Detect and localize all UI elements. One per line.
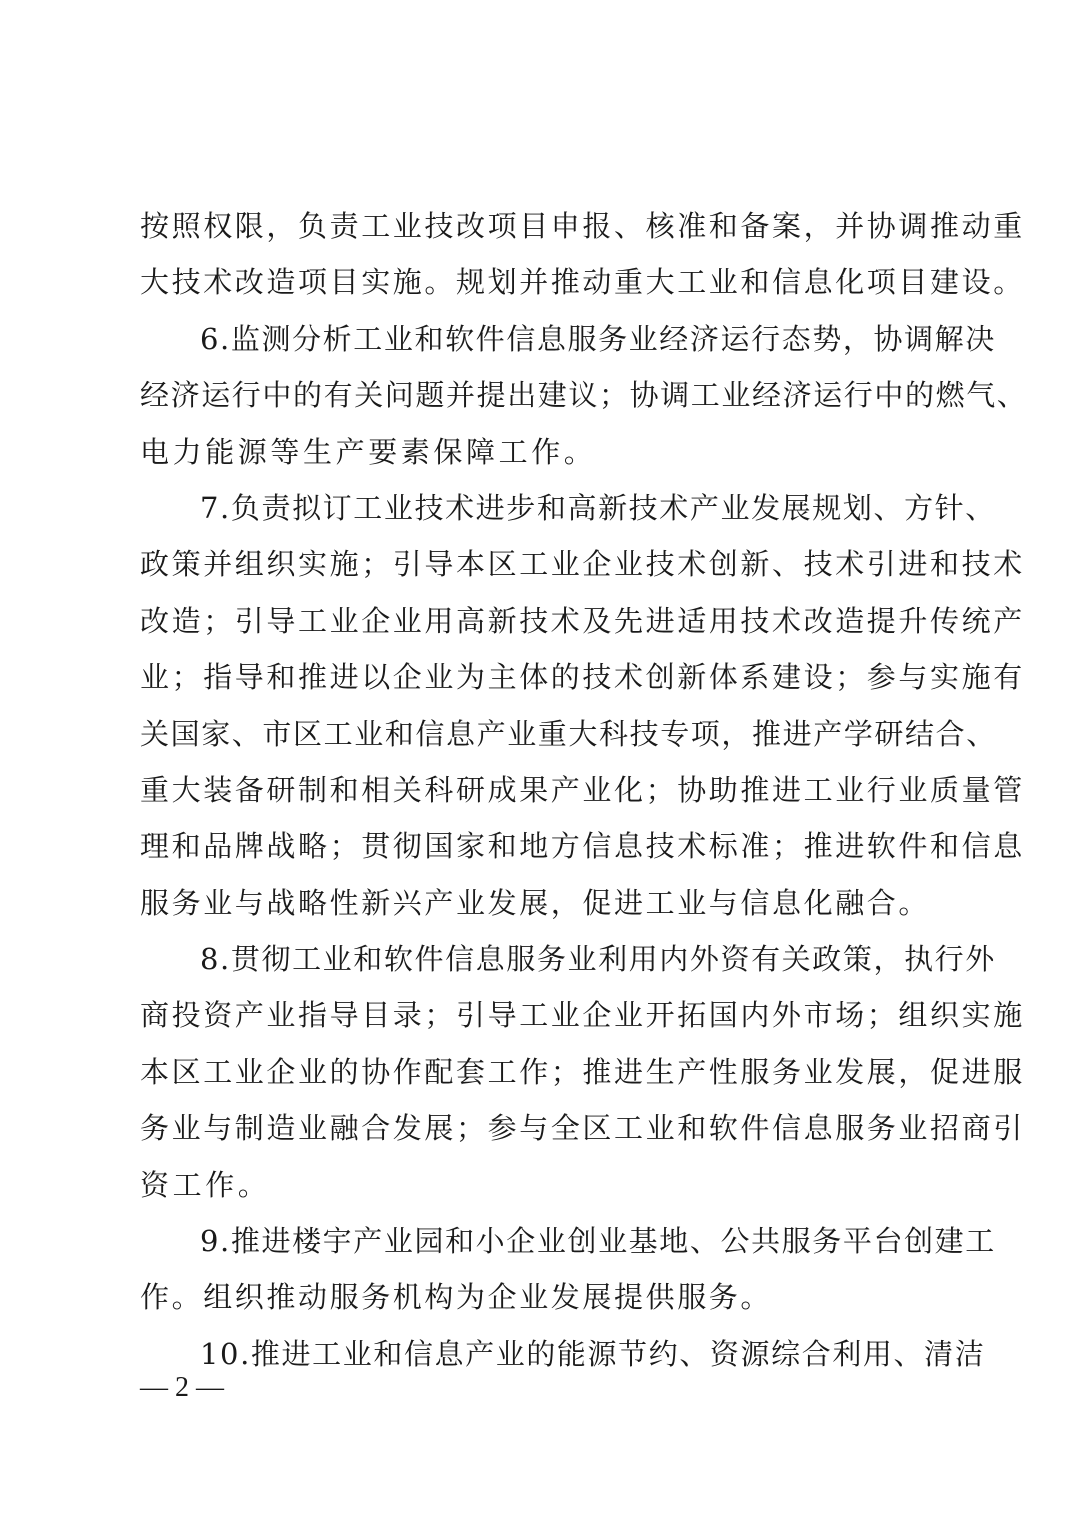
text-line: 大技术改造项目实施。规划并推动重大工业和信息化项目建设。	[140, 254, 940, 310]
page-number: — 2 —	[140, 1368, 224, 1408]
text-line: 9.推进楼宇产业园和小企业创业基地、公共服务平台创建工	[140, 1213, 940, 1269]
paragraph-10: 10.推进工业和信息产业的能源节约、资源综合利用、清洁	[140, 1326, 940, 1382]
text-line: 10.推进工业和信息产业的能源节约、资源综合利用、清洁	[140, 1326, 940, 1382]
text-line: 本区工业企业的协作配套工作；推进生产性服务业发展，促进服	[140, 1044, 940, 1100]
text-line: 8.贯彻工业和软件信息服务业利用内外资有关政策，执行外	[140, 931, 940, 987]
text-line: 关国家、市区工业和信息产业重大科技专项，推进产学研结合、	[140, 706, 940, 762]
text-line: 重大装备研制和相关科研成果产业化；协助推进工业行业质量管	[140, 762, 940, 818]
text-line: 理和品牌战略；贯彻国家和地方信息技术标准；推进软件和信息	[140, 818, 940, 874]
text-line: 商投资产业指导目录；引导工业企业开拓国内外市场；组织实施	[140, 987, 940, 1043]
paragraph-5-continued: 按照权限，负责工业技改项目申报、核准和备案，并协调推动重 大技术改造项目实施。规…	[140, 198, 940, 311]
text-line: 业；指导和推进以企业为主体的技术创新体系建设；参与实施有	[140, 649, 940, 705]
paragraph-8: 8.贯彻工业和软件信息服务业利用内外资有关政策，执行外 商投资产业指导目录；引导…	[140, 931, 940, 1213]
text-line: 7.负责拟订工业技术进步和高新技术产业发展规划、方针、	[140, 480, 940, 536]
text-line: 改造；引导工业企业用高新技术及先进适用技术改造提升传统产	[140, 593, 940, 649]
text-line: 按照权限，负责工业技改项目申报、核准和备案，并协调推动重	[140, 198, 940, 254]
text-line: 资工作。	[140, 1157, 940, 1213]
text-line: 电力能源等生产要素保障工作。	[140, 424, 940, 480]
text-line: 6.监测分析工业和软件信息服务业经济运行态势，协调解决	[140, 311, 940, 367]
paragraph-7: 7.负责拟订工业技术进步和高新技术产业发展规划、方针、 政策并组织实施；引导本区…	[140, 480, 940, 931]
text-line: 作。组织推动服务机构为企业发展提供服务。	[140, 1269, 940, 1325]
document-body: 按照权限，负责工业技改项目申报、核准和备案，并协调推动重 大技术改造项目实施。规…	[140, 198, 940, 1382]
text-line: 务业与制造业融合发展；参与全区工业和软件信息服务业招商引	[140, 1100, 940, 1156]
paragraph-9: 9.推进楼宇产业园和小企业创业基地、公共服务平台创建工 作。组织推动服务机构为企…	[140, 1213, 940, 1326]
text-line: 经济运行中的有关问题并提出建议；协调工业经济运行中的燃气、	[140, 367, 940, 423]
text-line: 政策并组织实施；引导本区工业企业技术创新、技术引进和技术	[140, 536, 940, 592]
paragraph-6: 6.监测分析工业和软件信息服务业经济运行态势，协调解决 经济运行中的有关问题并提…	[140, 311, 940, 480]
text-line: 服务业与战略性新兴产业发展，促进工业与信息化融合。	[140, 875, 940, 931]
